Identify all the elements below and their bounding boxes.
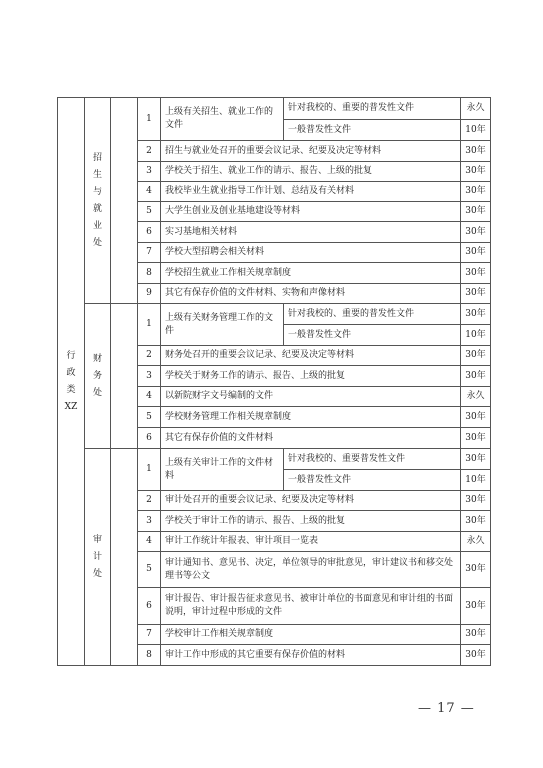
item-sub-desc: 针对我校的、重要普发性文件 (284, 449, 461, 470)
item-title: 学校关于审计工作的请示、报告、上级的批复 (161, 511, 461, 532)
item-number: 2 (138, 491, 161, 511)
retention-period: 30年 (461, 491, 491, 511)
item-number: 6 (138, 428, 161, 449)
item-title: 上级有关财务管理工作的文件 (161, 304, 284, 346)
retention-period: 30年 (461, 511, 491, 532)
item-number: 6 (138, 222, 161, 243)
department-cell: 审计处 (85, 449, 111, 666)
item-number: 8 (138, 263, 161, 284)
department-cell: 财务处 (85, 304, 111, 449)
retention-period: 30年 (461, 141, 491, 162)
item-number: 1 (138, 304, 161, 346)
records-retention-table: 行政类XZ 招生与就业处 1 上级有关招生、就业工作的文件 针对我校的、重要的普… (57, 97, 491, 666)
document-page: 行政类XZ 招生与就业处 1 上级有关招生、就业工作的文件 针对我校的、重要的普… (0, 0, 543, 768)
retention-period: 10年 (461, 120, 491, 141)
retention-period: 30年 (461, 346, 491, 366)
retention-period: 30年 (461, 588, 491, 625)
item-title: 财务处召开的重要会议记录、纪要及决定等材料 (161, 346, 461, 366)
item-title: 审计工作统计年报表、审计项目一览表 (161, 532, 461, 552)
retention-period: 30年 (461, 449, 491, 470)
retention-period: 永久 (461, 387, 491, 407)
retention-period: 永久 (461, 532, 491, 552)
item-number: 7 (138, 625, 161, 645)
item-number: 4 (138, 182, 161, 202)
item-number: 1 (138, 98, 161, 141)
retention-period: 30年 (461, 162, 491, 182)
item-number: 3 (138, 162, 161, 182)
item-title: 学校招生就业工作相关规章制度 (161, 263, 461, 284)
item-title: 实习基地相关材料 (161, 222, 461, 243)
department-name: 财务处 (92, 351, 104, 402)
item-title: 其它有保存价值的文件材料 (161, 428, 461, 449)
retention-period: 30年 (461, 366, 491, 387)
item-number: 7 (138, 243, 161, 263)
item-title: 审计通知书、意见书、决定，单位领导的审批意见，审计建议书和移交处理书等公文 (161, 552, 461, 588)
item-sub-desc: 针对我校的、重要的普发性文件 (284, 98, 461, 120)
item-title: 学校关于财务工作的请示、报告、上级的批复 (161, 366, 461, 387)
item-sub-desc: 一般普发性文件 (284, 325, 461, 346)
item-title: 学校大型招聘会相关材料 (161, 243, 461, 263)
retention-period: 30年 (461, 243, 491, 263)
retention-period: 永久 (461, 98, 491, 120)
table-row: 审计处 1 上级有关审计工作的文件材料 针对我校的、重要普发性文件 30年 (58, 449, 491, 470)
retention-period: 30年 (461, 263, 491, 284)
table-row: 财务处 1 上级有关财务管理工作的文件 针对我校的、重要的普发性文件 30年 (58, 304, 491, 325)
retention-period: 10年 (461, 470, 491, 491)
retention-period: 30年 (461, 202, 491, 222)
department-name: 审计处 (92, 532, 104, 583)
item-sub-desc: 针对我校的、重要的普发性文件 (284, 304, 461, 325)
item-number: 5 (138, 202, 161, 222)
item-number: 2 (138, 346, 161, 366)
retention-period: 30年 (461, 222, 491, 243)
item-sub-desc: 一般普发性文件 (284, 120, 461, 141)
item-title: 上级有关招生、就业工作的文件 (161, 98, 284, 141)
category-label: 行政类 (66, 351, 75, 395)
item-number: 5 (138, 552, 161, 588)
blank-cell (111, 98, 138, 304)
department-cell: 招生与就业处 (85, 98, 111, 304)
retention-period: 30年 (461, 428, 491, 449)
retention-period: 30年 (461, 625, 491, 645)
blank-cell (111, 304, 138, 449)
table-row: 行政类XZ 招生与就业处 1 上级有关招生、就业工作的文件 针对我校的、重要的普… (58, 98, 491, 120)
retention-period: 30年 (461, 552, 491, 588)
item-number: 3 (138, 366, 161, 387)
item-number: 5 (138, 407, 161, 428)
item-number: 4 (138, 387, 161, 407)
retention-period: 10年 (461, 325, 491, 346)
item-title: 审计处召开的重要会议记录、纪要及决定等材料 (161, 491, 461, 511)
item-title: 学校审计工作相关规章制度 (161, 625, 461, 645)
retention-period: 30年 (461, 182, 491, 202)
item-title: 学校财务管理工作相关规章制度 (161, 407, 461, 428)
item-title: 其它有保存价值的文件材料、实物和声像材料 (161, 284, 461, 304)
category-cell: 行政类XZ (58, 98, 85, 666)
item-number: 1 (138, 449, 161, 491)
retention-period: 30年 (461, 645, 491, 666)
item-title: 审计报告、审计报告征求意见书、被审计单位的书面意见和审计组的书面说明，审计过程中… (161, 588, 461, 625)
item-title: 招生与就业处召开的重要会议记录、纪要及决定等材料 (161, 141, 461, 162)
item-title: 以新院财字文号编制的文件 (161, 387, 461, 407)
item-title: 我校毕业生就业指导工作计划、总结及有关材料 (161, 182, 461, 202)
item-title: 大学生创业及创业基地建设等材料 (161, 202, 461, 222)
page-number: — 17 — (418, 701, 475, 716)
blank-cell (111, 449, 138, 666)
item-sub-desc: 一般普发性文件 (284, 470, 461, 491)
item-number: 4 (138, 532, 161, 552)
retention-period: 30年 (461, 284, 491, 304)
item-number: 8 (138, 645, 161, 666)
department-name: 招生与就业处 (92, 150, 104, 252)
item-title: 审计工作中形成的其它重要有保存价值的材料 (161, 645, 461, 666)
item-number: 9 (138, 284, 161, 304)
retention-period: 30年 (461, 407, 491, 428)
item-title: 学校关于招生、就业工作的请示、报告、上级的批复 (161, 162, 461, 182)
category-code: XZ (65, 402, 78, 412)
item-title: 上级有关审计工作的文件材料 (161, 449, 284, 491)
retention-period: 30年 (461, 304, 491, 325)
item-number: 2 (138, 141, 161, 162)
item-number: 3 (138, 511, 161, 532)
item-number: 6 (138, 588, 161, 625)
